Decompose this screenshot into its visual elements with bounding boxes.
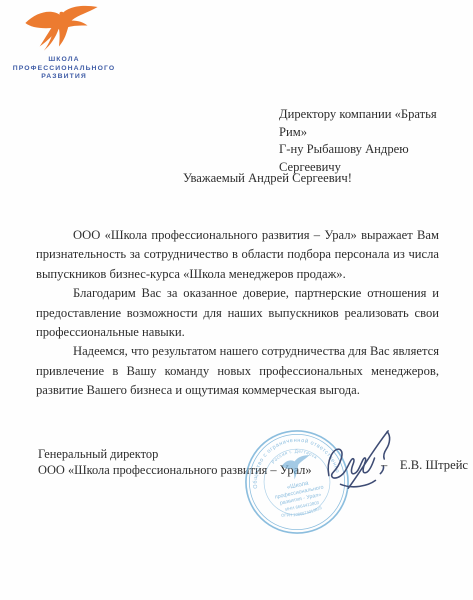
paragraph-3: Надеемся, что результатом нашего сотрудн… <box>36 342 439 400</box>
signer-name-text: Е.В. Штрейс <box>400 458 468 472</box>
logo-text: ШКОЛА ПРОФЕССИОНАЛЬНОГО РАЗВИТИЯ <box>0 56 128 82</box>
stamp-bird-icon <box>280 455 313 482</box>
letter-page: ШКОЛА ПРОФЕССИОНАЛЬНОГО РАЗВИТИЯ Директо… <box>0 0 473 600</box>
logo-text-line1: ШКОЛА <box>0 56 128 65</box>
logo-text-line2: ПРОФЕССИОНАЛЬНОГО <box>0 65 128 74</box>
greeting: Уважаемый Андрей Сергеевич! <box>183 171 352 186</box>
firebird-logo-icon <box>22 2 106 54</box>
paragraph-1: ООО «Школа профессионального развития – … <box>36 226 439 284</box>
recipient-line1: Директору компании «Братья Рим» <box>279 106 459 141</box>
signature-dash: – <box>381 458 387 472</box>
signer-name: – Е.В. Штрейс <box>381 458 468 473</box>
paragraph-2: Благодарим Вас за оказанное доверие, пар… <box>36 284 439 342</box>
logo-text-line3: РАЗВИТИЯ <box>0 73 128 82</box>
recipient-block: Директору компании «Братья Рим» Г-ну Рыб… <box>279 106 459 176</box>
letter-body: ООО «Школа профессионального развития – … <box>36 226 439 401</box>
